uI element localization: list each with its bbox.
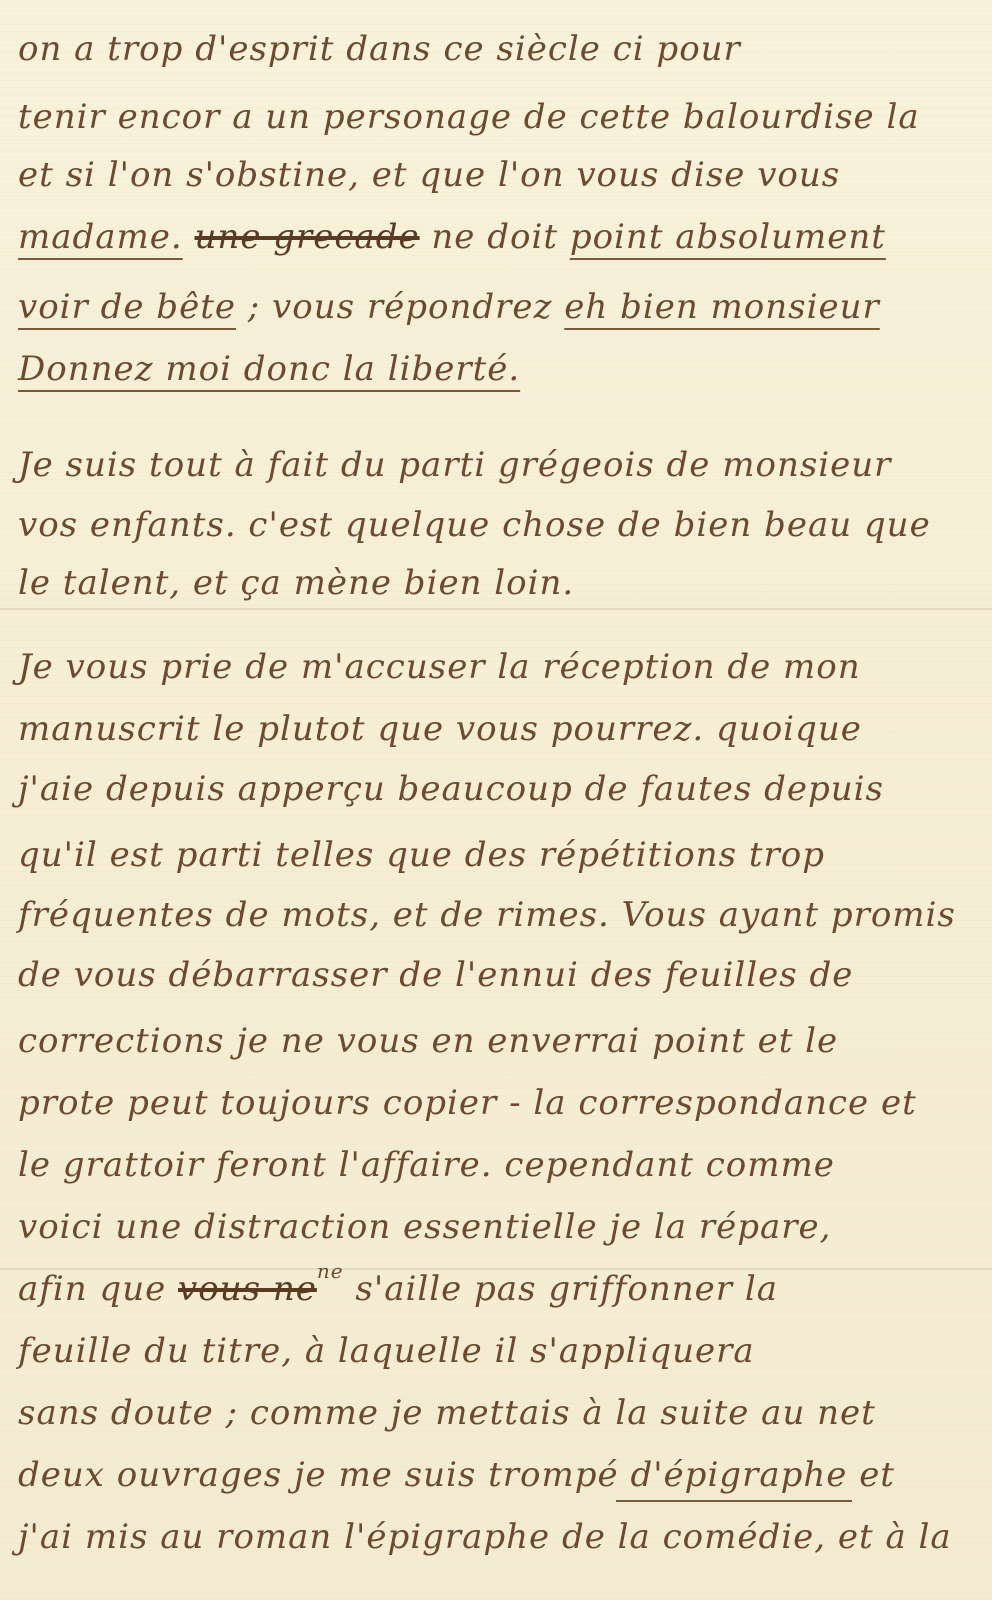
struck-out-word: une grecade — [195, 217, 420, 257]
underlined-word-madame: madame. — [18, 217, 183, 257]
underlined-phrase: voir de bête — [18, 287, 236, 327]
underline-epigraphe — [616, 1500, 852, 1502]
manuscript-line-16: corrections je ne vous en enverrai point… — [18, 1024, 838, 1058]
manuscript-line-21: feuille du titre, à laquelle il s'appliq… — [18, 1334, 755, 1368]
manuscript-line-14: fréquentes de mots, et de rimes. Vous ay… — [18, 898, 956, 932]
manuscript-line-10: Je vous prie de m'accuser la réception d… — [18, 650, 861, 684]
manuscript-line-11: manuscrit le plutot que vous pourrez. qu… — [18, 712, 862, 746]
line-text: ne doit — [420, 217, 570, 257]
manuscript-line-15: de vous débarrasser de l'ennui des feuil… — [18, 958, 853, 992]
manuscript-line-5: voir de bête ; vous répondrez eh bien mo… — [18, 290, 880, 324]
interlinear-insertion: ne — [317, 1259, 344, 1283]
manuscript-line-8: vos enfants. c'est quelque chose de bien… — [18, 508, 931, 542]
manuscript-line-22: sans doute ; comme je mettais à la suite… — [18, 1396, 876, 1430]
manuscript-line-24: j'ai mis au roman l'épigraphe de la comé… — [18, 1520, 952, 1554]
underlined-phrase: point absolument — [570, 217, 886, 257]
struck-out-word: vous ne — [178, 1269, 317, 1309]
line-text: s'aille pas griffonner la — [344, 1269, 778, 1309]
manuscript-line-4: madame. une grecade ne doit point absolu… — [18, 220, 886, 254]
manuscript-line-23: deux ouvrages je me suis trompé d'épigra… — [18, 1458, 895, 1492]
manuscript-line-3: et si l'on s'obstine, et que l'on vous d… — [18, 158, 840, 192]
manuscript-line-20: afin que vous nene s'aille pas griffonne… — [18, 1272, 778, 1306]
line-text: ; vous répondrez — [236, 287, 564, 327]
manuscript-line-7: Je suis tout à fait du parti grégeois de… — [18, 448, 891, 482]
underlined-phrase: eh bien monsieur — [564, 287, 880, 327]
manuscript-line-19: voici une distraction essentielle je la … — [18, 1210, 831, 1244]
manuscript-line-9: le talent, et ça mène bien loin. — [18, 566, 574, 600]
manuscript-line-12: j'aie depuis apperçu beaucoup de fautes … — [18, 772, 884, 806]
manuscript-line-18: le grattoir feront l'affaire. cependant … — [18, 1148, 835, 1182]
manuscript-line-6: Donnez moi donc la liberté. — [18, 352, 520, 386]
paper-fold-line — [0, 608, 992, 610]
manuscript-page: on a trop d'esprit dans ce siècle ci pou… — [0, 0, 992, 1600]
line-text: afin que — [18, 1269, 178, 1309]
manuscript-line-1: on a trop d'esprit dans ce siècle ci pou… — [18, 32, 741, 66]
manuscript-line-2: tenir encor a un personage de cette balo… — [18, 100, 920, 134]
manuscript-line-17: prote peut toujours copier - la correspo… — [18, 1086, 917, 1120]
manuscript-line-13: qu'il est parti telles que des répétitio… — [18, 838, 825, 872]
